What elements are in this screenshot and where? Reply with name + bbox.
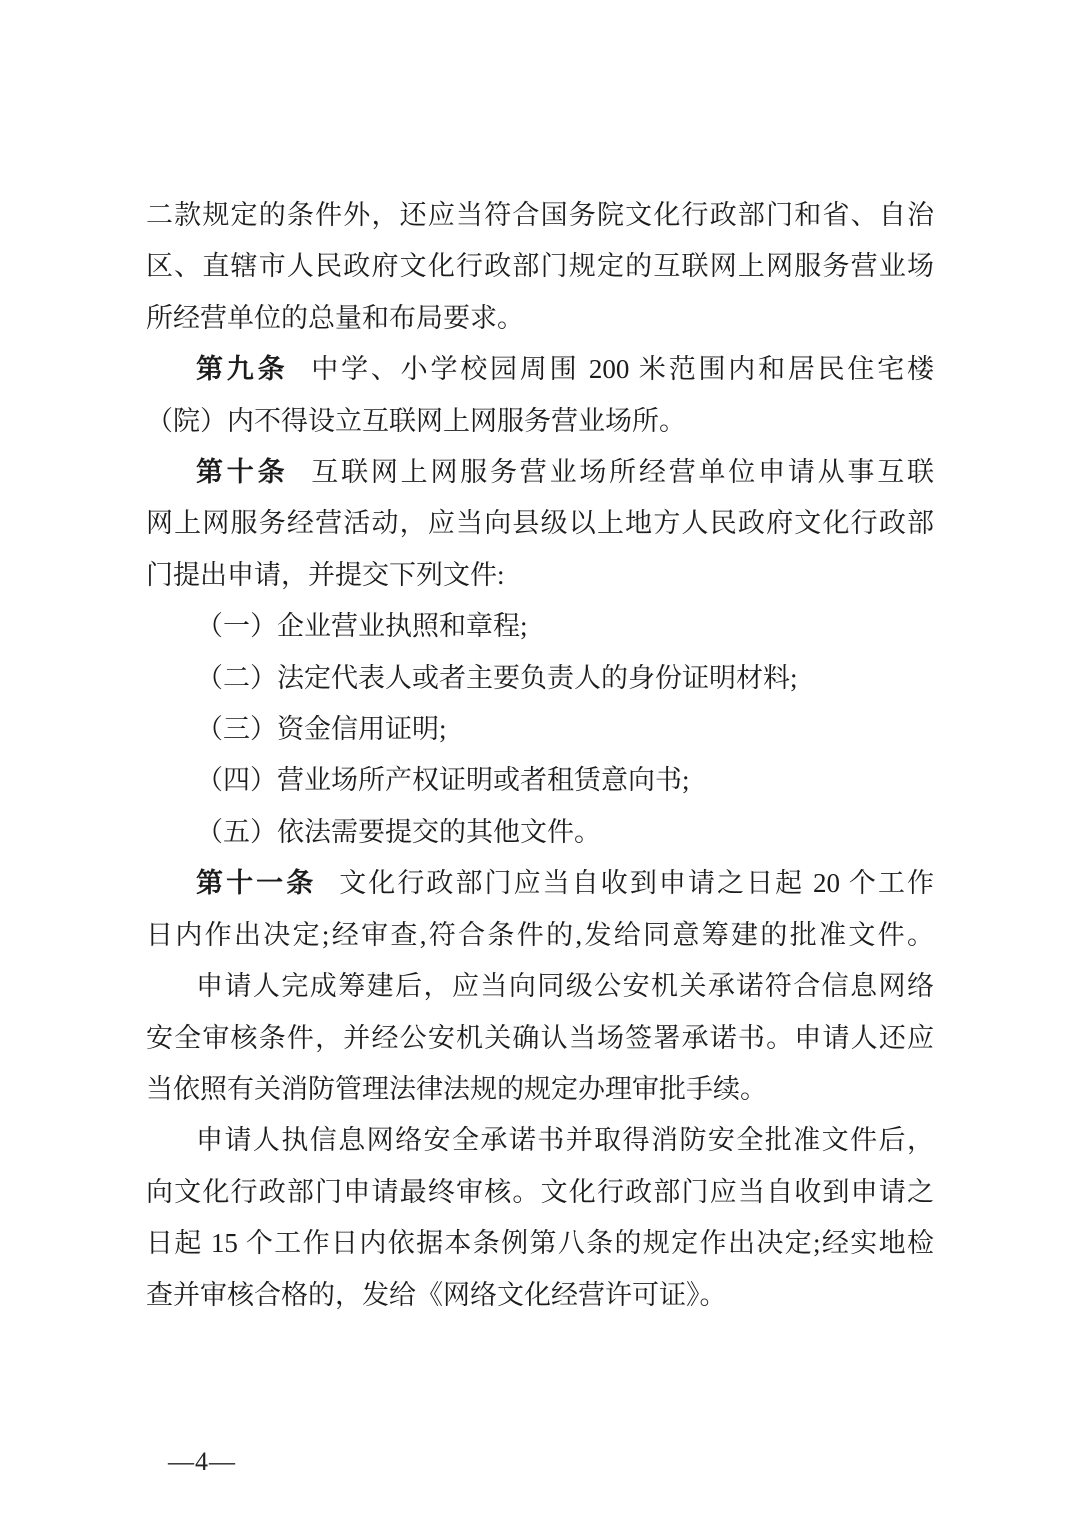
text-line: 网上网服务经营活动，应当向县级以上地方人民政府文化行政部 <box>146 498 934 549</box>
text-line: 第十条互联网上网服务营业场所经营单位申请从事互联 <box>146 447 934 498</box>
page-number: —4— <box>168 1447 236 1477</box>
text-line: （一）企业营业执照和章程; <box>146 601 934 652</box>
text-line: 第十一条文化行政部门应当自收到申请之日起 20 个工作 <box>146 858 934 909</box>
text-line: 申请人完成筹建后，应当向同级公安机关承诺符合信息网络 <box>146 961 934 1012</box>
text-line: （四）营业场所产权证明或者租赁意向书; <box>146 755 934 806</box>
article-number: 第十一条 <box>196 868 316 898</box>
article-number: 第九条 <box>196 354 288 384</box>
document-body: 二款规定的条件外，还应当符合国务院文化行政部门和省、自治区、直辖市人民政府文化行… <box>146 190 934 1321</box>
text-line: （五）依法需要提交的其他文件。 <box>146 807 934 858</box>
text-line: 日起 15 个工作日内依据本条例第八条的规定作出决定;经实地检 <box>146 1218 934 1269</box>
document-page: 二款规定的条件外，还应当符合国务院文化行政部门和省、自治区、直辖市人民政府文化行… <box>0 0 1074 1520</box>
text-line: 二款规定的条件外，还应当符合国务院文化行政部门和省、自治 <box>146 190 934 241</box>
text-line: 申请人执信息网络安全承诺书并取得消防安全批准文件后， <box>146 1115 934 1166</box>
article-number: 第十条 <box>196 457 288 487</box>
text-line: 安全审核条件，并经公安机关确认当场签署承诺书。申请人还应 <box>146 1013 934 1064</box>
text-line: 门提出申请，并提交下列文件: <box>146 550 934 601</box>
text-line: 所经营单位的总量和布局要求。 <box>146 293 934 344</box>
text-line: 第九条中学、小学校园周围 200 米范围内和居民住宅楼 <box>146 344 934 395</box>
text-line: 向文化行政部门申请最终审核。文化行政部门应当自收到申请之 <box>146 1167 934 1218</box>
text-line: 查并审核合格的，发给《网络文化经营许可证》。 <box>146 1270 934 1321</box>
text-line: （院）内不得设立互联网上网服务营业场所。 <box>146 396 934 447</box>
text-line: 日内作出决定;经审查,符合条件的,发给同意筹建的批准文件。 <box>146 910 934 961</box>
text-line: （二）法定代表人或者主要负责人的身份证明材料; <box>146 653 934 704</box>
text-line: 区、直辖市人民政府文化行政部门规定的互联网上网服务营业场 <box>146 241 934 292</box>
text-line: （三）资金信用证明; <box>146 704 934 755</box>
text-line: 当依照有关消防管理法律法规的规定办理审批手续。 <box>146 1064 934 1115</box>
